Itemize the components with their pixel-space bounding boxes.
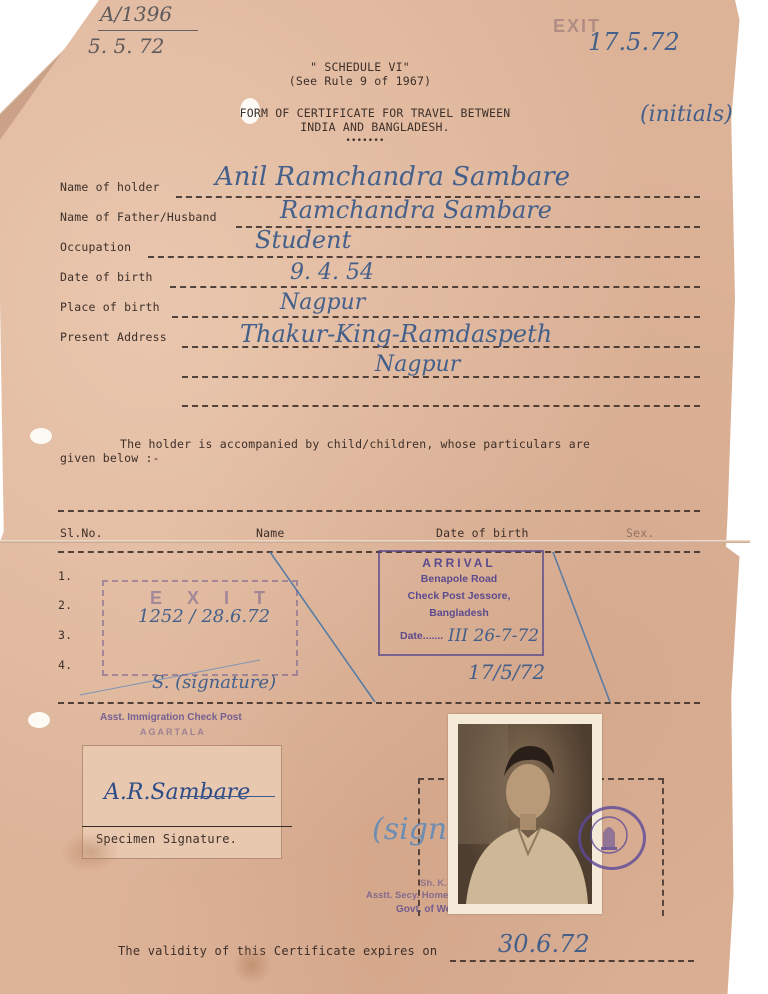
exit-stamp-mid-signature: S. (signature) — [152, 672, 276, 693]
arrival-stamp-overwrite: III 26-7-72 — [448, 626, 539, 646]
arrival-stamp-line4: Date....... — [400, 630, 443, 642]
validity-label: The validity of this Certificate expires… — [118, 944, 437, 958]
ink-stain — [232, 945, 272, 985]
specimen-signature: A.R.Sambare — [104, 780, 250, 805]
arrival-stamp-date: 17/5/72 — [468, 660, 545, 684]
arrival-stamp-line1: Benapole Road — [378, 573, 540, 585]
arrival-stamp-line3: Bangladesh — [378, 607, 540, 619]
ashoka-emblem-icon — [581, 809, 637, 861]
immigration-stamp-line1: Asst. Immigration Check Post — [100, 712, 242, 723]
immigration-stamp-line2: AGARTALA — [140, 727, 206, 737]
specimen-signature-rule — [82, 826, 292, 827]
arrival-stamp-line2: Check Post Jessore, — [378, 590, 540, 602]
portrait-icon — [458, 724, 592, 904]
holder-photo — [448, 714, 602, 914]
validity-line — [450, 960, 694, 962]
government-seal — [578, 806, 646, 870]
arrival-stamp-title: ARRIVAL — [378, 556, 540, 570]
validity-date: 30.6.72 — [498, 930, 590, 958]
photo-image — [458, 724, 592, 904]
water-stain — [60, 832, 120, 872]
exit-stamp-mid-handwritten: 1252 / 28.6.72 — [138, 606, 270, 627]
signature-flourish — [180, 796, 275, 797]
